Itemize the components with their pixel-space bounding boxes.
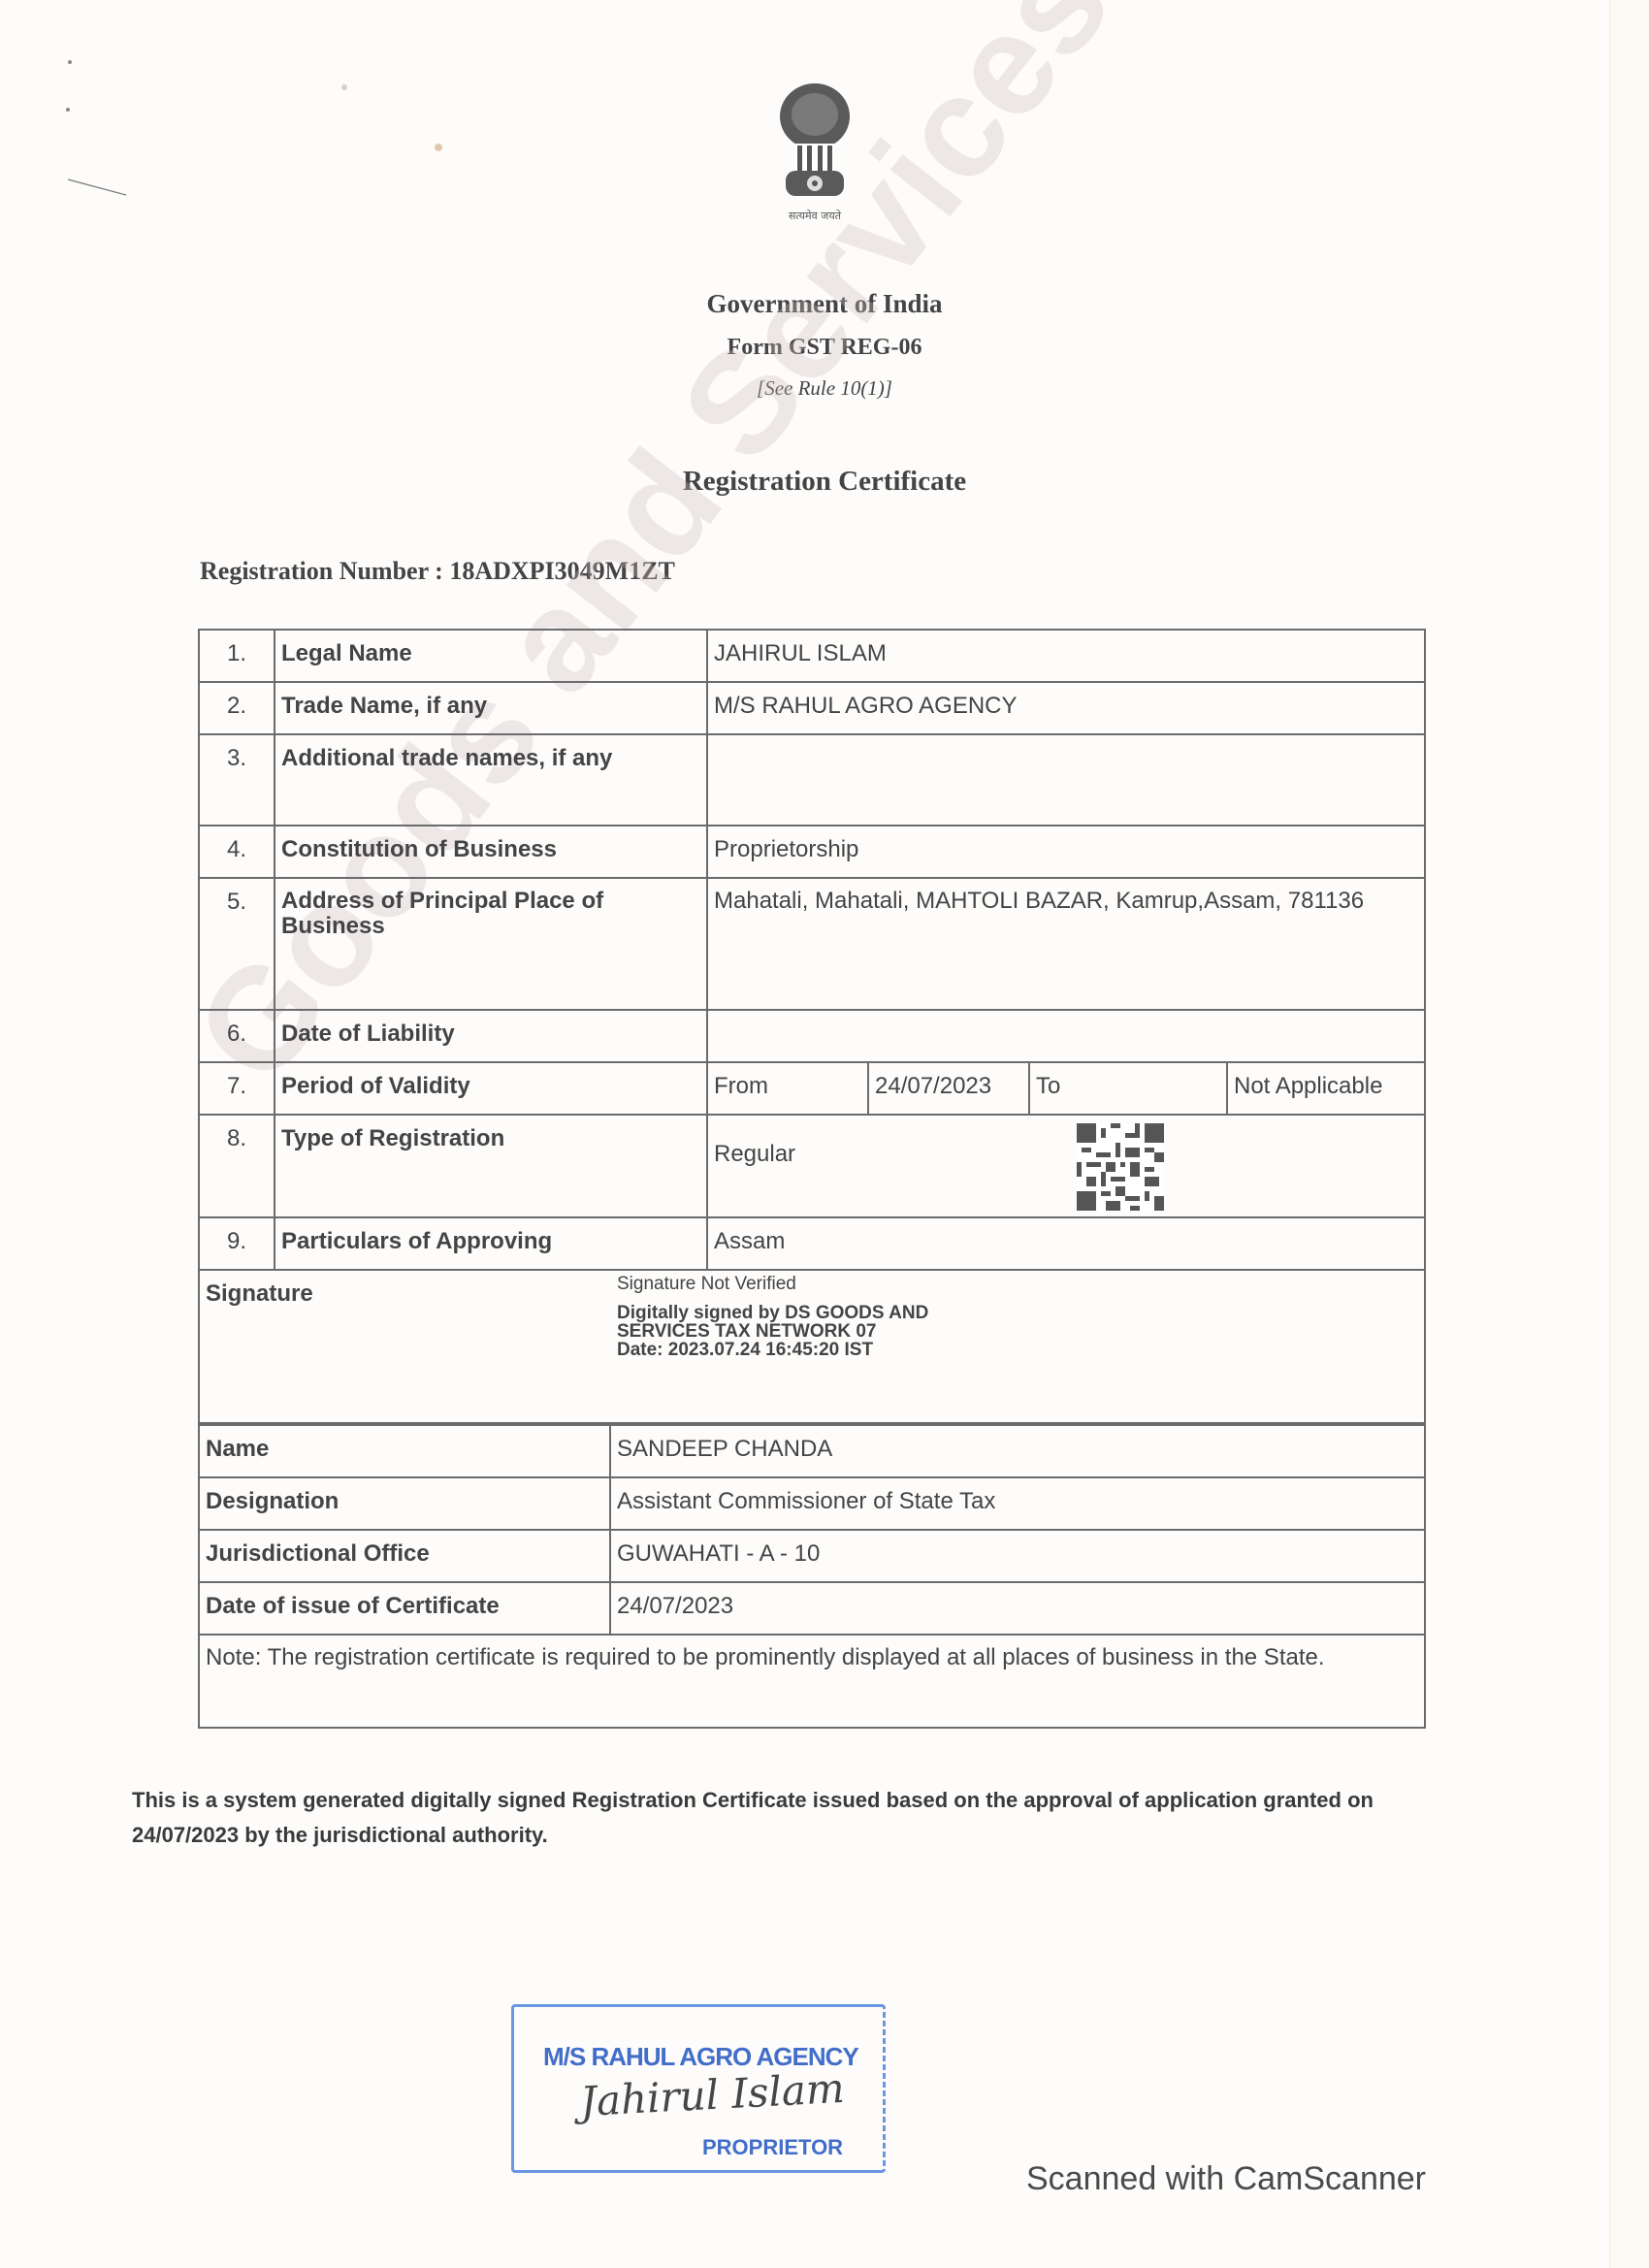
validity-from-label: From [707, 1062, 868, 1115]
signed-by-line2: SERVICES TAX NETWORK 07 [617, 1322, 928, 1341]
signature-date: Date: 2023.07.24 16:45:20 IST [617, 1341, 928, 1359]
digital-signature-block: Signature Not Verified Digitally signed … [617, 1275, 928, 1359]
table-row: 5. Address of Principal Place of Busines… [199, 878, 1425, 1010]
table-row: Date of issue of Certificate 24/07/2023 [199, 1582, 1425, 1635]
signature-cell: Signature Signature Not Verified Digital… [199, 1270, 1425, 1423]
table-row: 2. Trade Name, if any M/S RAHUL AGRO AGE… [199, 682, 1425, 734]
table-row: 3. Additional trade names, if any [199, 734, 1425, 826]
registration-type-value: Regular [714, 1141, 1418, 1168]
stamp-role: PROPRIETOR [702, 2135, 843, 2160]
national-emblem: सत्यमेव जयते [766, 78, 863, 223]
table-row: 6. Date of Liability [199, 1010, 1425, 1062]
row-number: 4. [199, 826, 275, 878]
registration-number: Registration Number : 18ADXPI3049M1ZT [200, 557, 675, 586]
legal-name-value: JAHIRUL ISLAM [707, 630, 1425, 682]
registration-number-value: 18ADXPI3049M1ZT [449, 557, 675, 585]
officer-name-value: SANDEEP CHANDA [610, 1425, 1425, 1477]
row-label: Trade Name, if any [275, 682, 707, 734]
officer-details-table: Name SANDEEP CHANDA Designation Assistan… [198, 1424, 1426, 1729]
display-note: Note: The registration certificate is re… [199, 1635, 1425, 1728]
row-number: 5. [199, 878, 275, 1010]
validity-from-value: 24/07/2023 [868, 1062, 1029, 1115]
proprietor-stamp: M/S RAHUL AGRO AGENCY Jahirul Islam PROP… [511, 2004, 886, 2173]
date-of-liability-value [707, 1010, 1425, 1062]
row-number: 3. [199, 734, 275, 826]
table-row: 9. Particulars of Approving Assam [199, 1217, 1425, 1270]
designation-value: Assistant Commissioner of State Tax [610, 1477, 1425, 1530]
ashoka-emblem-icon [766, 78, 863, 204]
system-generated-note: This is a system generated digitally sig… [132, 1783, 1471, 1853]
handwritten-signature: Jahirul Islam [579, 2064, 846, 2125]
officer-label: Jurisdictional Office [199, 1530, 610, 1582]
row-label: Period of Validity [275, 1062, 707, 1115]
table-row: Designation Assistant Commissioner of St… [199, 1477, 1425, 1530]
government-heading: Government of India [0, 289, 1649, 319]
qr-code-icon [1077, 1123, 1164, 1211]
table-row: 1. Legal Name JAHIRUL ISLAM [199, 630, 1425, 682]
constitution-value: Proprietorship [707, 826, 1425, 878]
registration-details-table: 1. Legal Name JAHIRUL ISLAM 2. Trade Nam… [198, 629, 1426, 1424]
signature-row: Signature Signature Not Verified Digital… [199, 1270, 1425, 1423]
emblem-motto: सत्यमेव जयते [766, 209, 863, 223]
row-number: 1. [199, 630, 275, 682]
row-label: Particulars of Approving [275, 1217, 707, 1270]
row-label: Type of Registration [275, 1115, 707, 1217]
row-number: 8. [199, 1115, 275, 1217]
table-row: 4. Constitution of Business Proprietorsh… [199, 826, 1425, 878]
signature-status: Signature Not Verified [617, 1275, 928, 1294]
issue-date-value: 24/07/2023 [610, 1582, 1425, 1635]
row-label: Date of Liability [275, 1010, 707, 1062]
row-label: Constitution of Business [275, 826, 707, 878]
officer-label: Designation [199, 1477, 610, 1530]
registration-type-cell: Regular [707, 1115, 1425, 1217]
officer-label: Date of issue of Certificate [199, 1582, 610, 1635]
signature-label: Signature [206, 1280, 313, 1308]
rule-reference: [See Rule 10(1)] [0, 376, 1649, 401]
row-number: 2. [199, 682, 275, 734]
note-row: Note: The registration certificate is re… [199, 1635, 1425, 1728]
address-value: Mahatali, Mahatali, MAHTOLI BAZAR, Kamru… [707, 878, 1425, 1010]
table-row: 7. Period of Validity From 24/07/2023 To… [199, 1062, 1425, 1115]
jurisdictional-office-value: GUWAHATI - A - 10 [610, 1530, 1425, 1582]
validity-to-label: To [1029, 1062, 1227, 1115]
approving-authority-value: Assam [707, 1217, 1425, 1270]
signed-by-line1: Digitally signed by DS GOODS AND [617, 1304, 928, 1322]
row-number: 7. [199, 1062, 275, 1115]
row-label: Additional trade names, if any [275, 734, 707, 826]
validity-to-value: Not Applicable [1227, 1062, 1425, 1115]
row-label: Legal Name [275, 630, 707, 682]
row-label: Address of Principal Place of Business [275, 878, 707, 1010]
certificate-title: Registration Certificate [0, 466, 1649, 498]
officer-label: Name [199, 1425, 610, 1477]
camscanner-mark: Scanned with CamScanner [1026, 2160, 1426, 2198]
trade-name-value: M/S RAHUL AGRO AGENCY [707, 682, 1425, 734]
row-number: 9. [199, 1217, 275, 1270]
table-row: 8. Type of Registration Regular [199, 1115, 1425, 1217]
table-row: Name SANDEEP CHANDA [199, 1425, 1425, 1477]
additional-trade-names-value [707, 734, 1425, 826]
table-row: Jurisdictional Office GUWAHATI - A - 10 [199, 1530, 1425, 1582]
form-name: Form GST REG-06 [0, 335, 1649, 361]
row-number: 6. [199, 1010, 275, 1062]
registration-number-label: Registration Number : [200, 557, 449, 585]
